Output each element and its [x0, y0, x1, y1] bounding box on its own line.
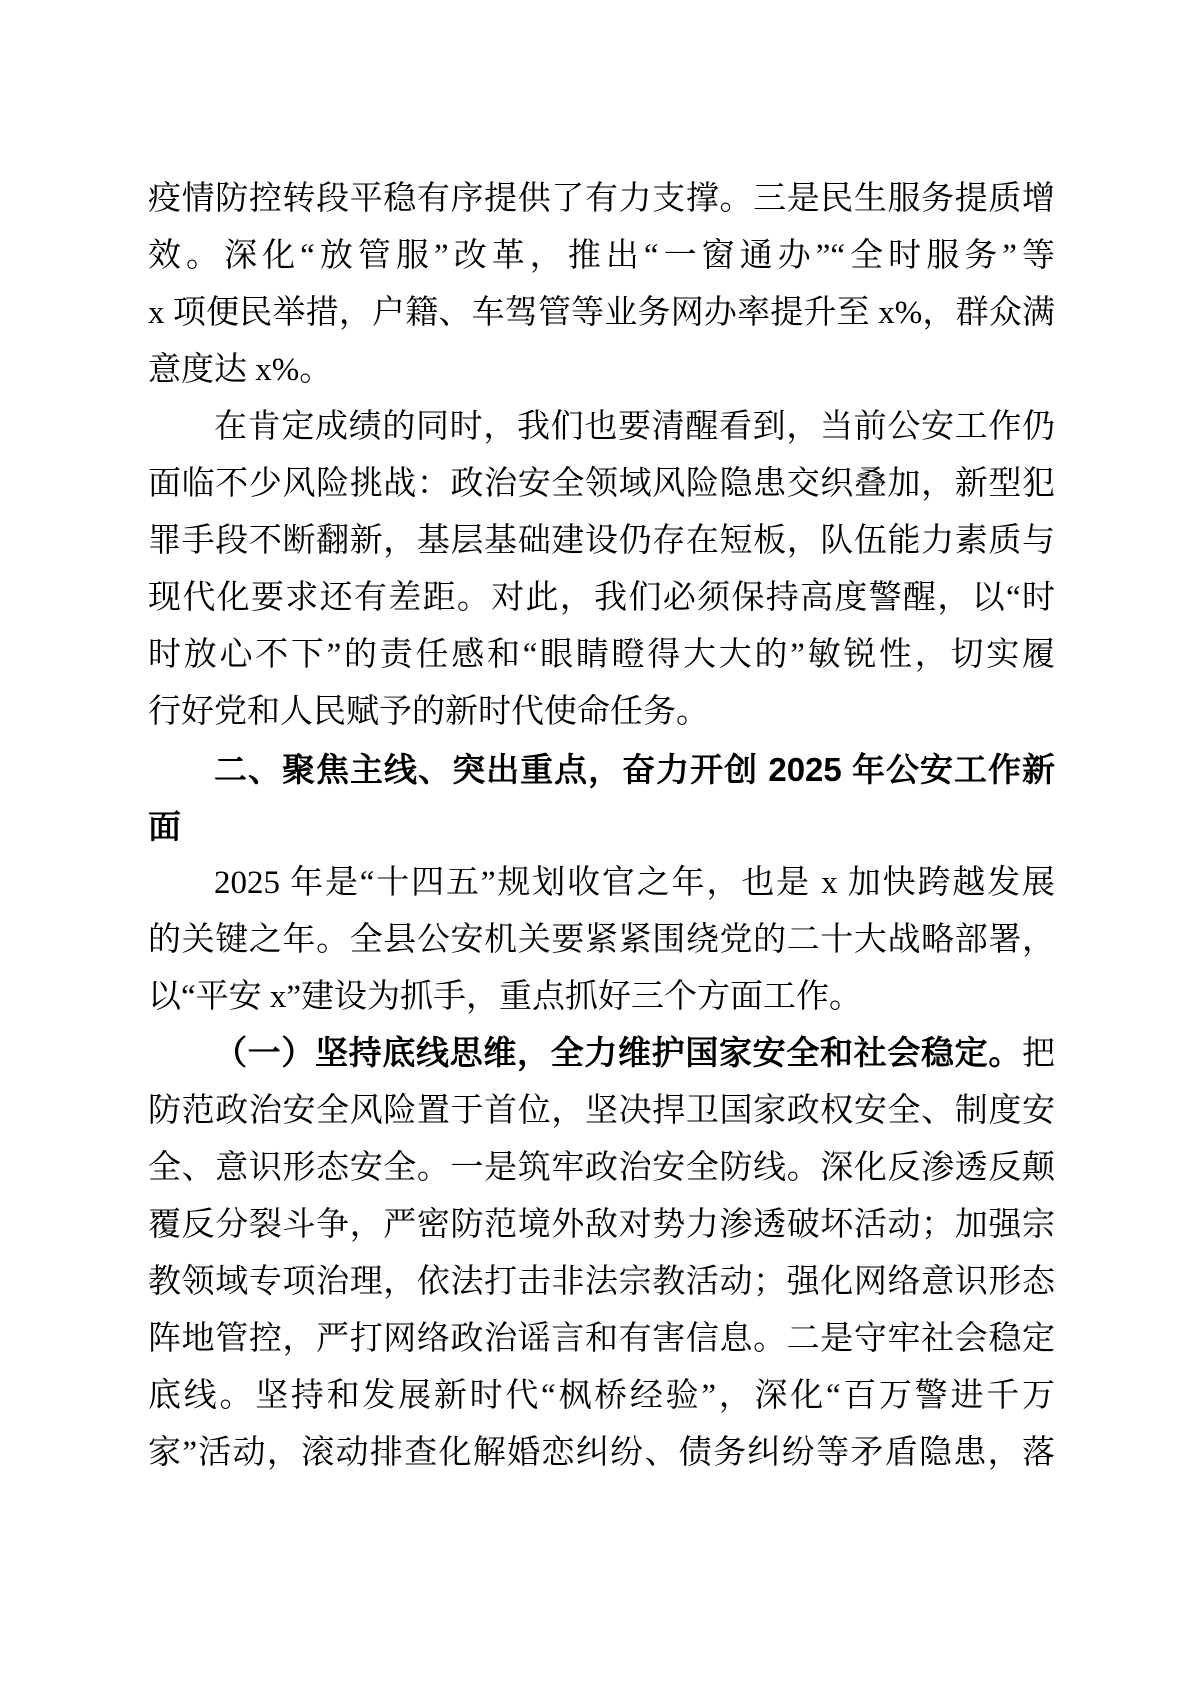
- text-segment: 阵地管控，严打网络政治谣言和有害信息。二是守牢社会稳定: [148, 1321, 1055, 1357]
- text-segment: 底线。坚持和发展新时代“枫桥经验”，深化“百万警进千万: [148, 1378, 1055, 1414]
- text-line: 意度达 x%。: [148, 342, 1055, 399]
- text-line: 全、意识形态安全。一是筑牢政治安全防线。深化反渗透反颠: [148, 1140, 1055, 1197]
- text-segment: 覆反分裂斗争，严密防范境外敌对势力渗透破坏活动；加强宗: [148, 1207, 1055, 1243]
- text-line: 防范政治安全风险置于首位，坚决捍卫国家政权安全、制度安: [148, 1083, 1055, 1140]
- text-line: 的关键之年。全县公安机关要紧紧围绕党的二十大战略部署，: [148, 912, 1055, 969]
- text-line: 覆反分裂斗争，严密防范境外敌对势力渗透破坏活动；加强宗: [148, 1197, 1055, 1254]
- text-segment: 面临不少风险挑战：政治安全领域风险隐患交织叠加，新型犯: [148, 466, 1055, 502]
- document-page: 疫情防控转段平稳有序提供了有力支撑。三是民生服务提质增效。深化“放管服”改革，推…: [0, 0, 1190, 1683]
- text-line: 效。深化“放管服”改革，推出“一窗通办”“全时服务”等: [148, 228, 1055, 285]
- text-segment: 效。深化“放管服”改革，推出“一窗通办”“全时服务”等: [148, 238, 1055, 274]
- text-line: 2025 年是“十四五”规划收官之年，也是 x 加快跨越发展: [148, 855, 1055, 912]
- text-segment: 以“平安 x”建设为抓手，重点抓好三个方面工作。: [148, 979, 862, 1015]
- text-line: 罪手段不断翻新，基层基础建设仍存在短板，队伍能力素质与: [148, 513, 1055, 570]
- text-segment: 把: [1022, 1036, 1055, 1072]
- text-segment: 罪手段不断翻新，基层基础建设仍存在短板，队伍能力素质与: [148, 523, 1055, 559]
- text-line: 教领域专项治理，依法打击非法宗教活动；强化网络意识形态: [148, 1254, 1055, 1311]
- bold-text-segment: （一）坚持底线思维，全力维护国家安全和社会稳定。: [214, 1036, 1022, 1072]
- text-line: 疫情防控转段平稳有序提供了有力支撑。三是民生服务提质增: [148, 171, 1055, 228]
- text-line: 时放心不下”的责任感和“眼睛瞪得大大的”敏锐性，切实履: [148, 627, 1055, 684]
- text-segment: 意度达 x%。: [148, 352, 332, 388]
- text-line: 家”活动，滚动排查化解婚恋纠纷、债务纠纷等矛盾隐患，落: [148, 1425, 1055, 1482]
- text-segment: 行好党和人民赋予的新时代使命任务。: [148, 694, 709, 730]
- text-segment: 教领域专项治理，依法打击非法宗教活动；强化网络意识形态: [148, 1264, 1055, 1300]
- text-segment: 时放心不下”的责任感和“眼睛瞪得大大的”敏锐性，切实履: [148, 637, 1055, 673]
- bold-text-segment: 二、聚焦主线、突出重点，奋力开创 2025 年公安工作新局: [214, 751, 1055, 798]
- text-segment: 防范政治安全风险置于首位，坚决捍卫国家政权安全、制度安: [148, 1093, 1055, 1129]
- text-segment: 2025 年是“十四五”规划收官之年，也是 x 加快跨越发展: [214, 865, 1055, 901]
- text-segment: 在肯定成绩的同时，我们也要清醒看到，当前公安工作仍: [214, 409, 1055, 445]
- text-line: 在肯定成绩的同时，我们也要清醒看到，当前公安工作仍: [148, 399, 1055, 456]
- text-segment: 家”活动，滚动排查化解婚恋纠纷、债务纠纷等矛盾隐患，落: [148, 1435, 1055, 1471]
- text-segment: 的关键之年。全县公安机关要紧紧围绕党的二十大战略部署，: [148, 922, 1055, 958]
- text-line: （一）坚持底线思维，全力维护国家安全和社会稳定。把: [148, 1026, 1055, 1083]
- text-segment: x 项便民举措，户籍、车驾管等业务网办率提升至 x%，群众满: [148, 295, 1055, 331]
- text-segment: 现代化要求还有差距。对此，我们必须保持高度警醒，以“时: [148, 580, 1055, 616]
- text-line: 阵地管控，严打网络政治谣言和有害信息。二是守牢社会稳定: [148, 1311, 1055, 1368]
- text-line: 现代化要求还有差距。对此，我们必须保持高度警醒，以“时: [148, 570, 1055, 627]
- bold-text-segment: 面: [148, 808, 181, 845]
- heading-line: 面: [148, 798, 1055, 855]
- text-line: 面临不少风险挑战：政治安全领域风险隐患交织叠加，新型犯: [148, 456, 1055, 513]
- document-body: 疫情防控转段平稳有序提供了有力支撑。三是民生服务提质增效。深化“放管服”改革，推…: [148, 171, 1055, 1482]
- text-segment: 全、意识形态安全。一是筑牢政治安全防线。深化反渗透反颠: [148, 1150, 1055, 1186]
- text-line: 以“平安 x”建设为抓手，重点抓好三个方面工作。: [148, 969, 1055, 1026]
- text-line: 底线。坚持和发展新时代“枫桥经验”，深化“百万警进千万: [148, 1368, 1055, 1425]
- text-line: 行好党和人民赋予的新时代使命任务。: [148, 684, 1055, 741]
- text-segment: 疫情防控转段平稳有序提供了有力支撑。三是民生服务提质增: [148, 181, 1055, 217]
- heading-line: 二、聚焦主线、突出重点，奋力开创 2025 年公安工作新局: [148, 741, 1055, 798]
- text-line: x 项便民举措，户籍、车驾管等业务网办率提升至 x%，群众满: [148, 285, 1055, 342]
